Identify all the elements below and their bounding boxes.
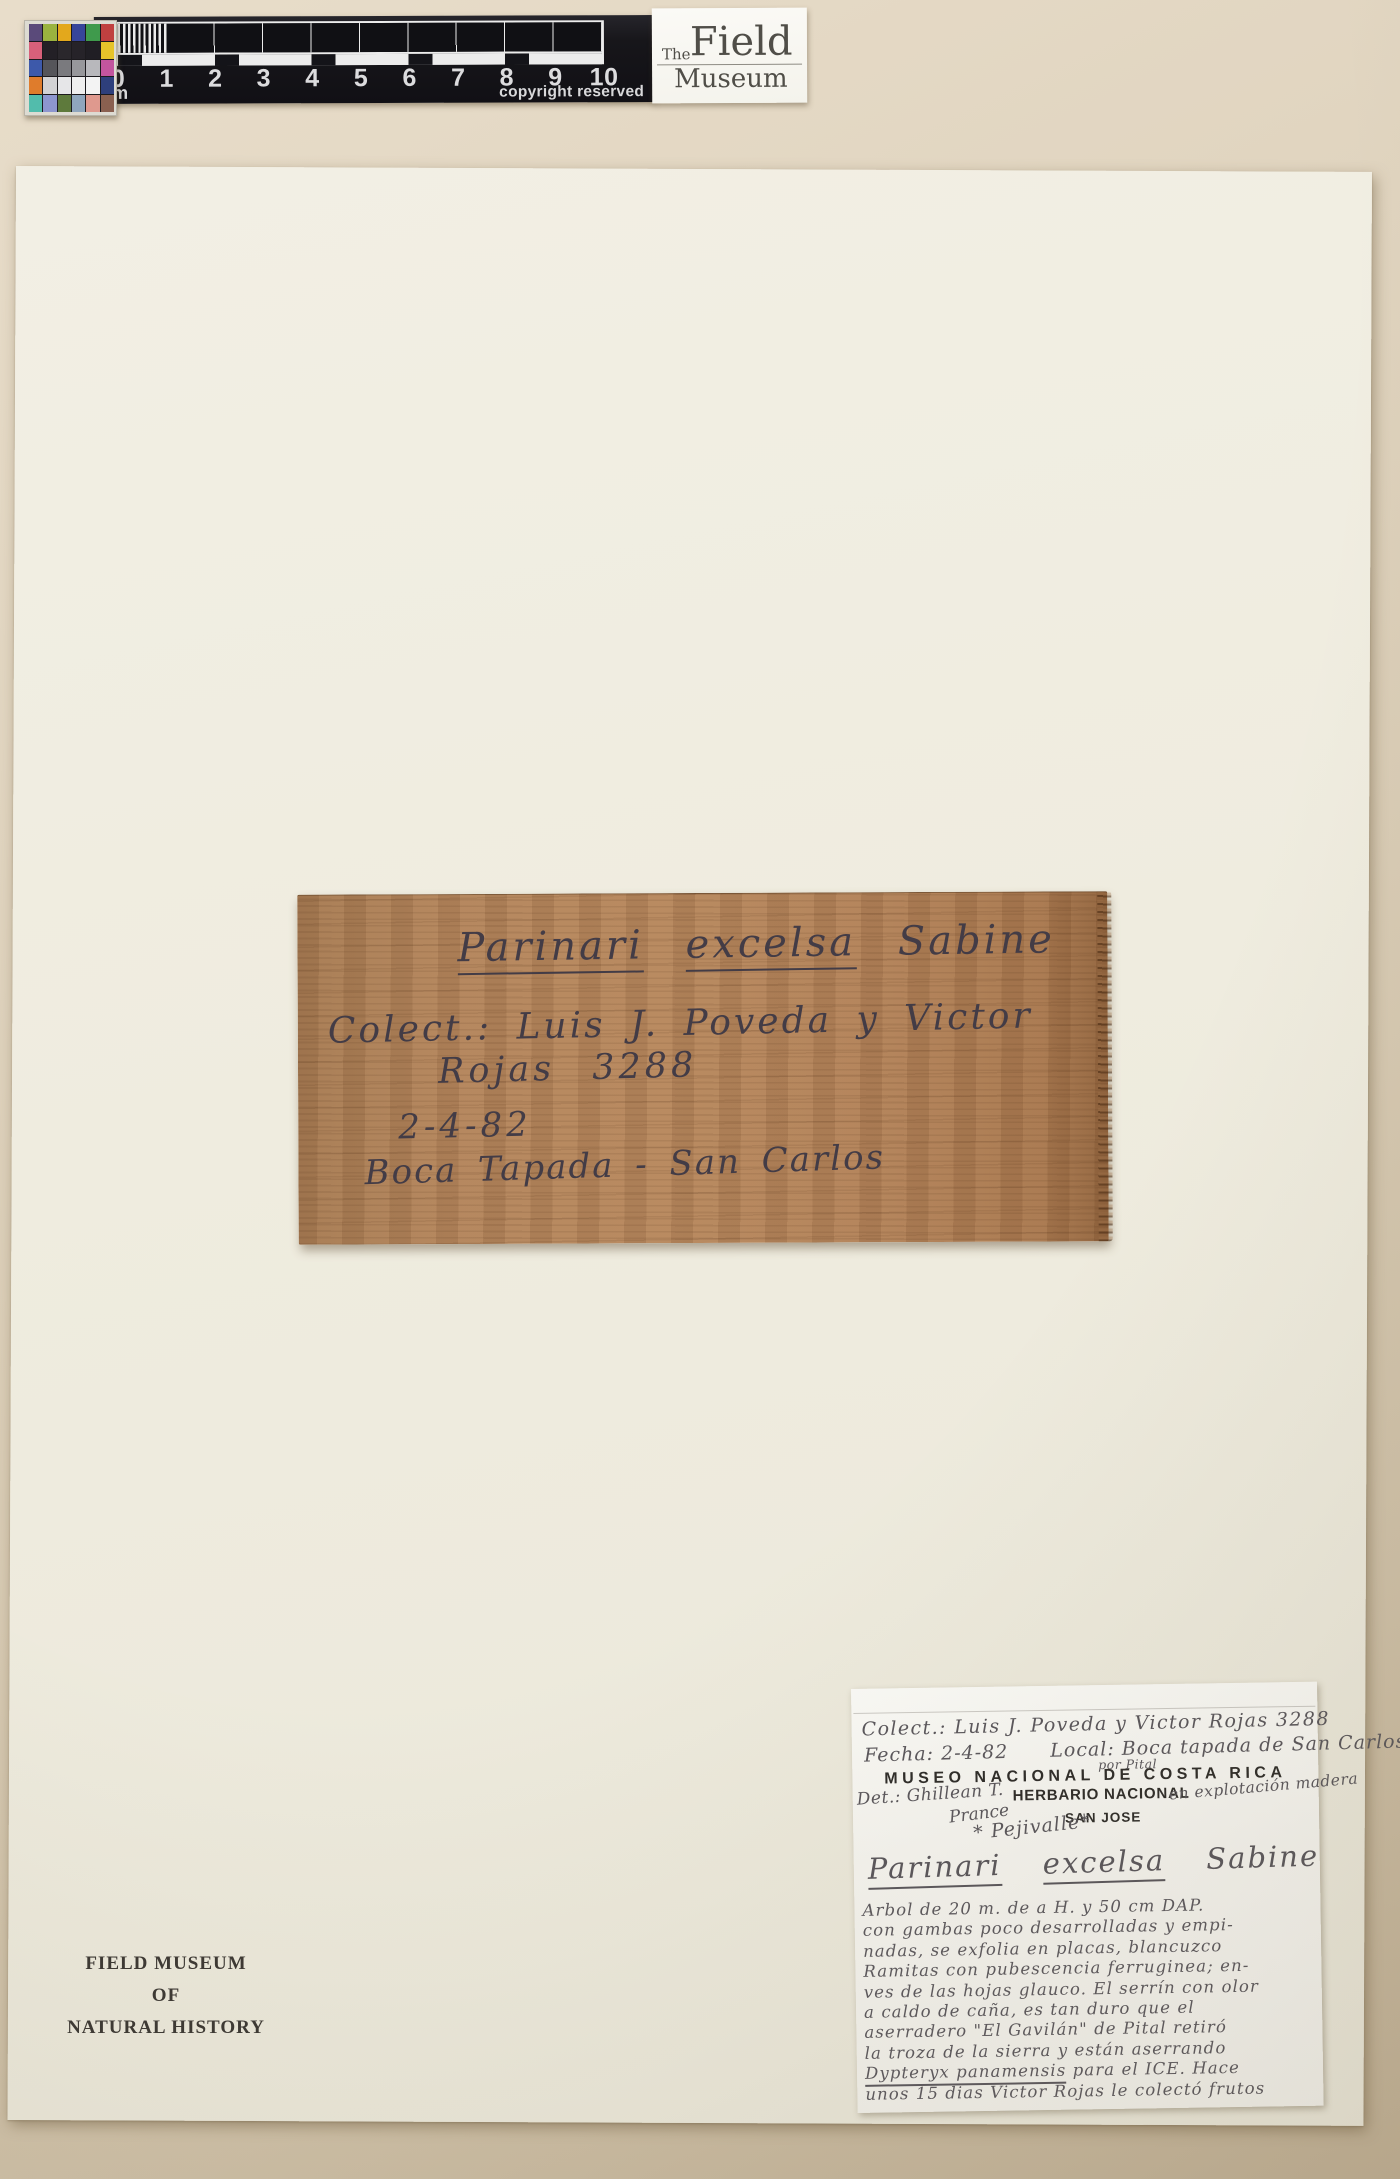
- scale-bar-assembly: 012345678910 cm copyright reserved The F…: [0, 0, 1400, 120]
- color-patch: [72, 95, 85, 112]
- ruler-block-row: [118, 22, 602, 53]
- color-patch: [72, 42, 85, 59]
- ruler-bottom-labels: cm copyright reserved: [94, 81, 654, 103]
- ruler-mm-hatching: [118, 24, 166, 53]
- stamp-line-3: NATURAL HISTORY: [38, 2012, 294, 2044]
- field-museum-tag: The Field Museum: [652, 8, 807, 104]
- color-checker-grid: [29, 24, 114, 112]
- color-patch: [86, 24, 99, 41]
- label-species: excelsa: [1042, 1843, 1165, 1885]
- wood-species-line: Parinari excelsa Sabine: [457, 916, 1055, 971]
- wood-collector-line: Colect.: Luis J. Poveda y Victor: [327, 995, 1033, 1051]
- wood-date: 2-4-82: [398, 1105, 532, 1148]
- color-patch: [101, 42, 114, 59]
- color-checker-chip: [24, 20, 117, 116]
- field-museum-stamp: FIELD MUSEUM OF NATURAL HISTORY: [38, 1948, 294, 2044]
- label-genus: Parinari: [867, 1848, 1002, 1890]
- ruler-copyright-label: copyright reserved: [499, 83, 644, 102]
- color-patch: [86, 77, 99, 94]
- color-patch: [101, 77, 114, 94]
- label-author: Sabine: [1206, 1839, 1320, 1876]
- color-patch: [43, 42, 56, 59]
- color-patch: [101, 60, 114, 77]
- color-patch: [58, 77, 71, 94]
- color-patch: [29, 24, 42, 41]
- color-patch: [72, 77, 85, 94]
- stamp-line-2: OF: [38, 1980, 294, 2012]
- specimen-photo: 012345678910 cm copyright reserved The F…: [0, 0, 1400, 2179]
- color-patch: [86, 42, 99, 59]
- label-description: Arbol de 20 m. de a H. y 50 cm DAP.con g…: [862, 1894, 1317, 2105]
- herbarium-label: Colect.: Luis J. Poveda y Victor Rojas 3…: [851, 1682, 1324, 2113]
- cm-ruler: 012345678910 cm copyright reserved: [94, 15, 654, 104]
- color-patch: [58, 42, 71, 59]
- color-patch: [43, 95, 56, 112]
- wood-genus: Parinari: [457, 922, 644, 975]
- field-museum-tag-museum: Museum: [674, 64, 788, 95]
- color-patch: [43, 24, 56, 41]
- color-patch: [29, 77, 42, 94]
- field-museum-tag-field: Field: [690, 20, 793, 65]
- wood-specimen-block: Parinari excelsa Sabine Colect.: Luis J.…: [297, 891, 1109, 1245]
- stamp-line-1: FIELD MUSEUM: [38, 1948, 294, 1980]
- wood-species: excelsa: [685, 919, 856, 972]
- color-patch: [72, 24, 85, 41]
- ruler-checker-pattern: [116, 20, 604, 66]
- wood-collector-number: Rojas 3288: [438, 1045, 698, 1092]
- color-patch: [29, 95, 42, 112]
- color-patch: [86, 95, 99, 112]
- label-species-line: Parinari excelsa Sabine: [867, 1839, 1319, 1886]
- color-patch: [58, 24, 71, 41]
- color-patch: [86, 60, 99, 77]
- color-patch: [43, 77, 56, 94]
- color-patch: [43, 60, 56, 77]
- label-herbario: HERBARIO NACIONAL: [1013, 1785, 1190, 1805]
- label-fecha: Fecha: 2-4-82: [864, 1741, 1009, 1767]
- color-patch: [58, 95, 71, 112]
- color-patch: [29, 42, 42, 59]
- color-patch: [29, 60, 42, 77]
- color-patch: [58, 60, 71, 77]
- wood-author: Sabine: [897, 916, 1055, 964]
- color-patch: [101, 95, 114, 112]
- color-patch: [101, 24, 114, 41]
- field-museum-tag-the: The: [662, 45, 691, 63]
- color-patch: [72, 60, 85, 77]
